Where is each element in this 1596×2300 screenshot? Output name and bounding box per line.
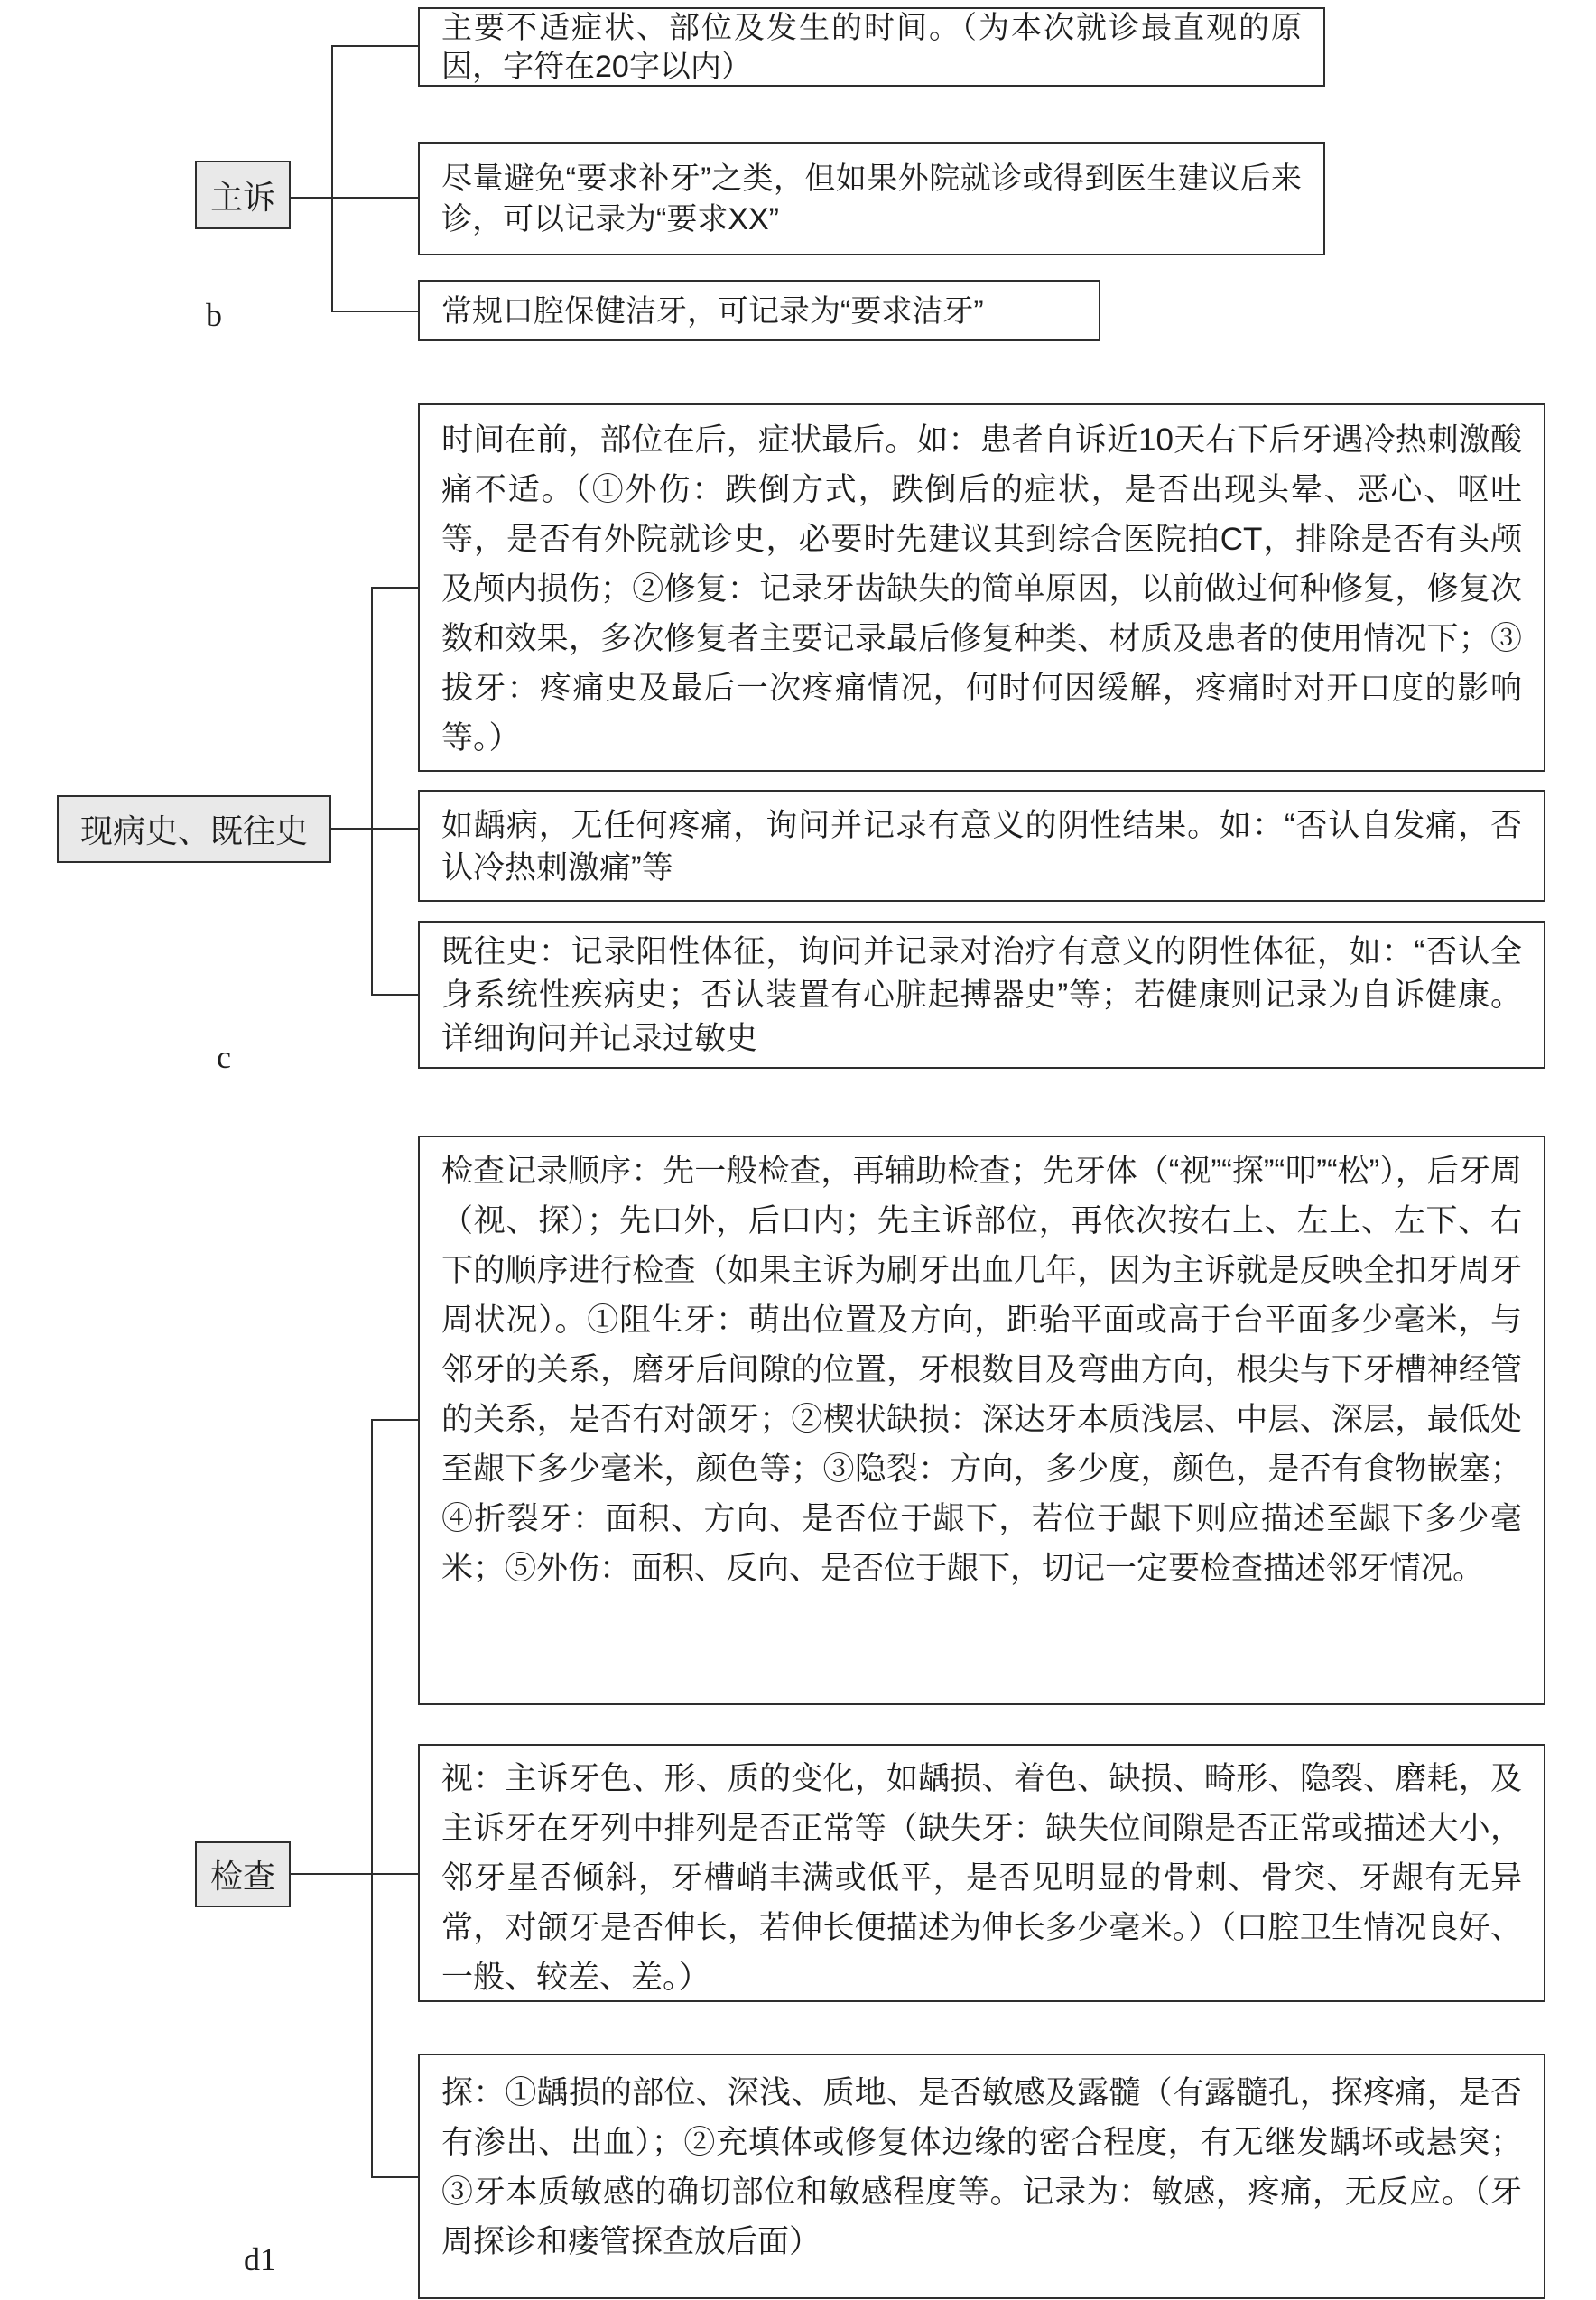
- note-box-chief-symptoms: 主要不适症状、部位及发生的时间。（为本次就诊最直观的原因，字符在20字以内）: [418, 7, 1325, 87]
- connector-branch-3b: [291, 1873, 418, 1875]
- section-marker-d1: d1: [244, 2240, 276, 2278]
- note-box-history-negative-findings: 如龋病，无任何疼痛，询问并记录有意义的阴性结果。如：“否认自发痛，否认冷热刺激痛…: [418, 790, 1545, 902]
- connector-branch-1b: [291, 197, 418, 199]
- note-box-history-order: 时间在前，部位在后，症状最后。如：患者自诉近10天右下后牙遇冷热刺激酸痛不适。（…: [418, 403, 1545, 772]
- section-marker-c: c: [217, 1038, 231, 1076]
- connector-spine-2: [371, 587, 373, 996]
- connector-branch-1a: [331, 45, 418, 47]
- note-box-exam-order: 检查记录顺序：先一般检查，再辅助检查；先牙体（“视”“探”“叩”“松”），后牙周…: [418, 1136, 1545, 1705]
- note-box-exam-probing: 探：①龋损的部位、深浅、质地、是否敏感及露髓（有露髓孔，探疼痛，是否有渗出、出血…: [418, 2054, 1545, 2299]
- connector-branch-3c: [371, 2176, 418, 2178]
- section-label-chief-complaint: 主诉: [195, 161, 291, 229]
- connector-branch-3a: [371, 1419, 418, 1421]
- connector-spine-1: [331, 45, 333, 312]
- note-box-chief-cleaning: 常规口腔保健洁牙，可记录为“要求洁牙”: [418, 280, 1100, 341]
- connector-spine-3: [371, 1419, 373, 2178]
- note-box-chief-avoid-wording: 尽量避免“要求补牙”之类，但如果外院就诊或得到医生建议后来诊，可以记录为“要求X…: [418, 142, 1325, 255]
- diagram-page: 主诉 b 主要不适症状、部位及发生的时间。（为本次就诊最直观的原因，字符在20字…: [0, 0, 1596, 2300]
- section-label-examination: 检查: [195, 1841, 291, 1907]
- connector-branch-2a: [371, 587, 418, 589]
- note-box-past-history: 既往史：记录阳性体征，询问并记录对治疗有意义的阴性体征，如：“否认全身系统性疾病…: [418, 921, 1545, 1069]
- connector-branch-2b: [331, 828, 418, 830]
- section-label-history: 现病史、既往史: [57, 795, 331, 863]
- note-box-exam-inspection: 视：主诉牙色、形、质的变化，如龋损、着色、缺损、畸形、隐裂、磨耗，及主诉牙在牙列…: [418, 1744, 1545, 2002]
- connector-branch-2c: [371, 994, 418, 996]
- connector-branch-1c: [331, 311, 418, 312]
- section-marker-b: b: [206, 296, 222, 334]
